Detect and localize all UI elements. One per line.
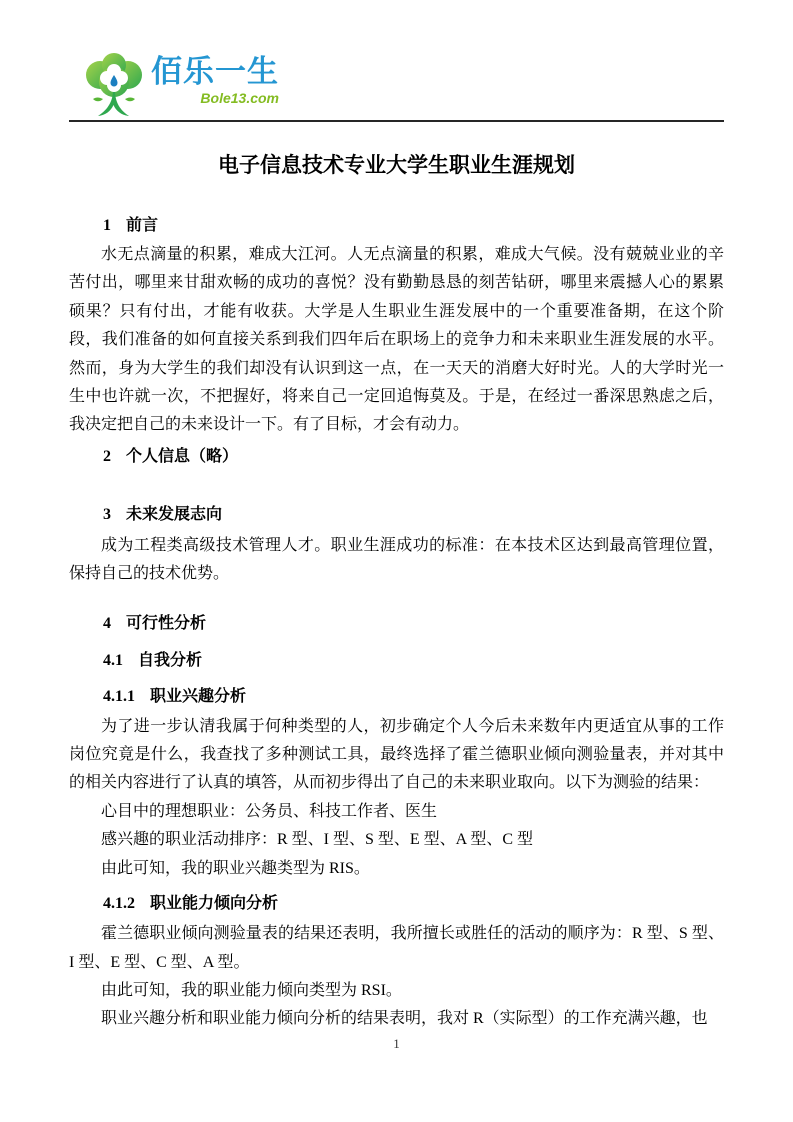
- document-page: 佰乐一生 Bole13.com 电子信息技术专业大学生职业生涯规划 1前言 水无…: [0, 0, 793, 1122]
- heading-label: 前言: [126, 217, 158, 234]
- paragraph-ability-analysis: 霍兰德职业倾向测验量表的结果还表明，我所擅长或胜任的活动的顺序为：R 型、S 型…: [69, 920, 724, 977]
- page-number: 1: [0, 1036, 793, 1052]
- heading-number: 4: [103, 613, 111, 635]
- paragraph-foreword: 水无点滴量的积累，难成大江河。人无点滴量的积累，难成大气候。没有兢兢业业的辛苦付…: [69, 241, 724, 440]
- section-heading-4-1: 4.1自我分析: [69, 650, 724, 672]
- heading-number: 4.1.1: [103, 686, 135, 708]
- section-heading-2: 2个人信息（略）: [69, 446, 724, 468]
- heading-label: 职业兴趣分析: [150, 688, 246, 705]
- doc-title: 电子信息技术专业大学生职业生涯规划: [69, 149, 724, 181]
- section-heading-4: 4可行性分析: [69, 613, 724, 635]
- section-heading-4-1-2: 4.1.2职业能力倾向分析: [69, 893, 724, 915]
- line-interest-ranking: 感兴趣的职业活动排序：R 型、I 型、S 型、E 型、A 型、C 型: [69, 826, 724, 854]
- bole-logo: 佰乐一生 Bole13.com: [83, 52, 724, 120]
- heading-label: 职业能力倾向分析: [150, 895, 278, 912]
- heading-number: 2: [103, 446, 111, 468]
- brand-name: 佰乐一生: [151, 56, 279, 87]
- heading-label: 个人信息（略）: [126, 448, 238, 465]
- heading-number: 1: [103, 215, 111, 237]
- brand-site-url: Bole13.com: [200, 90, 279, 106]
- tree-sprout-icon: [83, 52, 145, 120]
- logo-text-block: 佰乐一生 Bole13.com: [151, 56, 279, 106]
- paragraph-ambition: 成为工程类高级技术管理人才。职业生涯成功的标准：在本技术区达到最高管理位置，保持…: [69, 532, 724, 589]
- heading-label: 自我分析: [138, 652, 202, 669]
- section-heading-3: 3未来发展志向: [69, 504, 724, 526]
- line-interest-type: 由此可知，我的职业兴趣类型为 RIS。: [69, 855, 724, 883]
- section-heading-1: 1前言: [69, 215, 724, 237]
- line-conclusion: 职业兴趣分析和职业能力倾向分析的结果表明，我对 R（实际型）的工作充满兴趣，也: [69, 1005, 724, 1033]
- heading-number: 4.1: [103, 650, 123, 672]
- header-divider: [69, 120, 724, 122]
- section-heading-4-1-1: 4.1.1职业兴趣分析: [69, 686, 724, 708]
- line-ability-type: 由此可知，我的职业能力倾向类型为 RSI。: [69, 977, 724, 1005]
- paragraph-interest-analysis: 为了进一步认清我属于何种类型的人，初步确定个人今后未来数年内更适宜从事的工作岗位…: [69, 713, 724, 798]
- heading-label: 可行性分析: [126, 615, 206, 632]
- heading-number: 3: [103, 504, 111, 526]
- heading-number: 4.1.2: [103, 893, 135, 915]
- page-header: 佰乐一生 Bole13.com: [69, 52, 724, 120]
- heading-label: 未来发展志向: [126, 506, 222, 523]
- line-ideal-jobs: 心目中的理想职业：公务员、科技工作者、医生: [69, 798, 724, 826]
